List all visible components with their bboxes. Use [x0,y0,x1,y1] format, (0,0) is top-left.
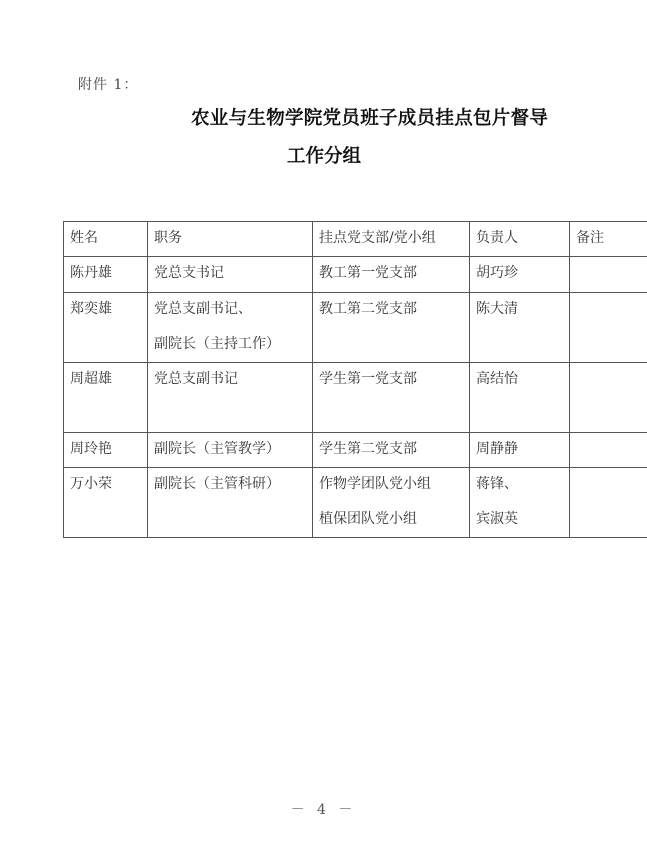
cell-branch: 学生第二党支部 [313,433,470,468]
cell-role: 党总支副书记 [148,363,313,433]
header-lead: 负责人 [470,222,570,257]
table-row: 周玲艳 副院长（主管教学） 学生第二党支部 周静静 [64,433,647,468]
page-number: － 4 － [0,799,647,819]
cell-lead: 蒋锋、 宾淑英 [470,468,570,538]
cell-name: 周玲艳 [64,433,148,468]
cell-note [570,363,647,433]
work-group-table-container: 姓名 职务 挂点党支部/党小组 负责人 备注 陈丹雄 党总支书记 教工第一党支部… [63,221,647,538]
cell-name: 郑奕雄 [64,293,148,363]
cell-role: 副院长（主管科研） [148,468,313,538]
cell-branch: 作物学团队党小组 植保团队党小组 [313,468,470,538]
table-row: 万小荣 副院长（主管科研） 作物学团队党小组 植保团队党小组 蒋锋、 宾淑英 [64,468,647,538]
header-note: 备注 [570,222,647,257]
cell-lead: 胡巧珍 [470,257,570,293]
cell-note [570,293,647,363]
header-branch: 挂点党支部/党小组 [313,222,470,257]
work-group-table: 姓名 职务 挂点党支部/党小组 负责人 备注 陈丹雄 党总支书记 教工第一党支部… [63,221,647,538]
cell-branch: 学生第一党支部 [313,363,470,433]
document-title-line-1: 农业与生物学院党员班子成员挂点包片督导 [191,104,548,130]
attachment-label: 附件 1： [78,74,138,94]
cell-role: 党总支书记 [148,257,313,293]
cell-role: 党总支副书记、 副院长（主持工作） [148,293,313,363]
header-name: 姓名 [64,222,148,257]
cell-branch: 教工第一党支部 [313,257,470,293]
cell-note [570,257,647,293]
cell-name: 陈丹雄 [64,257,148,293]
cell-branch: 教工第二党支部 [313,293,470,363]
cell-name: 周超雄 [64,363,148,433]
table-row: 陈丹雄 党总支书记 教工第一党支部 胡巧珍 [64,257,647,293]
cell-role: 副院长（主管教学） [148,433,313,468]
cell-lead: 陈大清 [470,293,570,363]
table-row: 郑奕雄 党总支副书记、 副院长（主持工作） 教工第二党支部 陈大清 [64,293,647,363]
table-header-row: 姓名 职务 挂点党支部/党小组 负责人 备注 [64,222,647,257]
table-row: 周超雄 党总支副书记 学生第一党支部 高结怡 [64,363,647,433]
header-role: 职务 [148,222,313,257]
cell-lead: 周静静 [470,433,570,468]
cell-name: 万小荣 [64,468,148,538]
cell-note [570,433,647,468]
cell-note [570,468,647,538]
document-title-line-2: 工作分组 [287,142,361,168]
cell-lead: 高结怡 [470,363,570,433]
